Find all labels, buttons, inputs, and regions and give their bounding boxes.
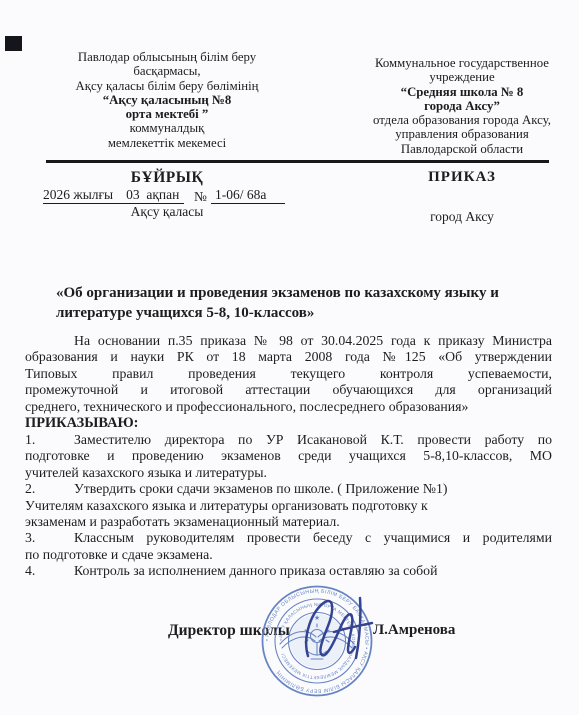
- scanned-order-document: Павлодар облысының білім берубасқармасы,…: [0, 0, 579, 715]
- text-line: 1.Заместителю директора по УР Исакановой…: [25, 432, 552, 448]
- text-line: учителей казахского языка и литературы.: [25, 465, 552, 481]
- text-line: экзаменам и разработать экзаменационный …: [25, 514, 552, 530]
- text-line: подготовке и проведению экзаменов среди …: [25, 448, 552, 464]
- order-number-sign: №: [194, 189, 207, 205]
- text-line: по подготовке и сдаче экзамена.: [25, 547, 552, 563]
- text-line: “Ақсу қаласының №8: [67, 93, 267, 107]
- text-line: Павлодар облысының білім беру: [67, 50, 267, 64]
- scan-artifact-mark: [5, 36, 22, 51]
- city-kazakh: Ақсу қаласы: [67, 204, 267, 220]
- order-body: На основании п.35 приказа № 98 от 30.04.…: [25, 333, 552, 580]
- text-line: басқармасы,: [67, 64, 267, 78]
- text-line: Павлодарской области: [367, 142, 557, 156]
- text-line: На основании п.35 приказа № 98 от 30.04.…: [25, 333, 552, 349]
- text-line: орта мектебі ”: [67, 107, 267, 121]
- order-title-russian: ПРИКАЗ: [367, 169, 557, 186]
- text-line: литературе учащихся 5-8, 10-классов»: [56, 304, 556, 324]
- text-line: учреждение: [367, 70, 557, 84]
- order-subject: «Об организации и проведения экзаменов п…: [56, 284, 556, 323]
- text-line: города Аксу”: [367, 99, 557, 113]
- city-russian: город Аксу: [367, 209, 557, 225]
- text-line: Типовых правил проведения текущего контр…: [25, 366, 552, 382]
- text-line: Ақсу қаласы білім беру бөлімінің: [67, 79, 267, 93]
- text-line: промежуточной и итоговой аттестации обуч…: [25, 382, 552, 398]
- text-line: “Средняя школа № 8: [367, 85, 557, 99]
- text-line: Учителям казахского языка и литературы о…: [25, 498, 552, 514]
- text-line: среднего, технического и профессионально…: [25, 399, 552, 415]
- text-line: отдела образования города Аксу,: [367, 113, 557, 127]
- text-line: ПРИКАЗЫВАЮ:: [25, 415, 552, 431]
- order-date-day: 03 ақпан: [126, 187, 179, 202]
- org-name-russian: Коммунальное государственноеучреждение“С…: [367, 56, 557, 156]
- order-number-field: 1-06/ 68а: [211, 187, 285, 204]
- text-line: «Об организации и проведения экзаменов п…: [56, 284, 556, 304]
- text-line: управления образования: [367, 127, 557, 141]
- org-name-kazakh: Павлодар облысының білім берубасқармасы,…: [67, 50, 267, 150]
- order-date-field: 2026 жылғы03 ақпан: [43, 187, 184, 204]
- text-line: мемлекеттік мекемесі: [67, 136, 267, 150]
- text-line: 2.Утвердить сроки сдачи экзаменов по шко…: [25, 481, 552, 497]
- header-divider-line: [46, 160, 549, 163]
- text-line: образования и науки РК от 18 марта 2008 …: [25, 349, 552, 365]
- text-line: коммуналдық: [67, 121, 267, 135]
- text-line: 3.Классным руководителям провести беседу…: [25, 530, 552, 546]
- signature-scribble: [288, 588, 398, 673]
- text-line: Коммунальное государственное: [367, 56, 557, 70]
- order-title-kazakh: БҰЙРЫҚ: [67, 169, 267, 187]
- order-date-year: 2026 жылғы: [43, 187, 113, 202]
